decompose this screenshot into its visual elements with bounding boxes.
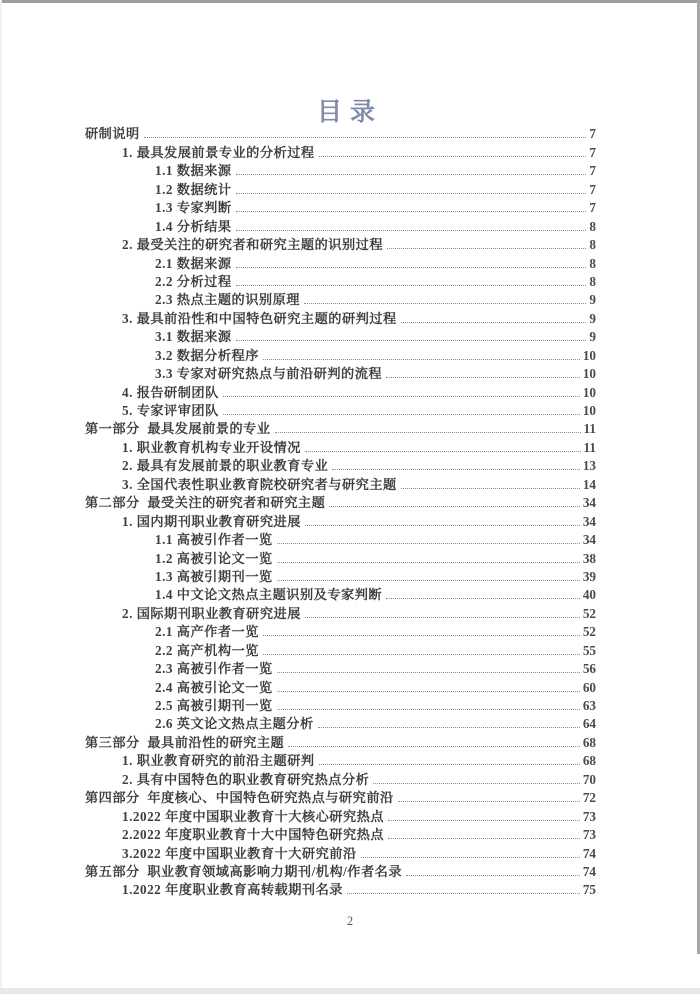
toc-entry-page-number: 10 bbox=[583, 366, 596, 382]
toc-entry-label: 1.2022 年度职业教育高转载期刊名录 bbox=[85, 879, 343, 898]
toc-entry: 2.1 高产作者一览52 bbox=[85, 622, 596, 640]
toc-entry-page-number: 14 bbox=[583, 477, 596, 493]
toc-entry: 3.2022 年度中国职业教育十大研究前沿74 bbox=[85, 843, 596, 861]
toc-dot-leader bbox=[305, 525, 580, 526]
toc-entry-page-number: 9 bbox=[589, 292, 596, 308]
toc-entry-label: 3.2022 年度中国职业教育十大研究前沿 bbox=[85, 843, 357, 862]
scan-edge-bottom bbox=[0, 988, 700, 994]
toc-dot-leader bbox=[318, 727, 580, 728]
toc-entry-page-number: 8 bbox=[589, 274, 596, 290]
toc-entry-page-number: 11 bbox=[584, 421, 596, 437]
toc-entry: 3. 最具前沿性和中国特色研究主题的研判过程9 bbox=[85, 308, 596, 326]
toc-entry-page-number: 7 bbox=[589, 126, 596, 142]
toc-entry-page-number: 56 bbox=[583, 661, 596, 677]
toc-entry-page-number: 64 bbox=[583, 716, 596, 732]
toc-entry: 1.3 高被引期刊一览39 bbox=[85, 567, 596, 585]
toc-dot-leader bbox=[319, 764, 580, 765]
toc-entry-page-number: 60 bbox=[583, 680, 596, 696]
toc-entry-label: 2. 国际期刊职业教育研究进展 bbox=[85, 603, 301, 622]
toc-entry-label: 1.2 数据统计 bbox=[85, 179, 232, 198]
toc-dot-leader bbox=[304, 303, 586, 304]
toc-dot-leader bbox=[236, 174, 587, 175]
toc-entry-label: 1.2022 年度中国职业教育十大核心研究热点 bbox=[85, 806, 384, 825]
toc-entry-page-number: 34 bbox=[583, 514, 596, 530]
toc-entry-page-number: 34 bbox=[583, 532, 596, 548]
toc-entry-label: 2.3 高被引作者一览 bbox=[85, 658, 273, 677]
toc-entry: 2. 具有中国特色的职业教育研究热点分析70 bbox=[85, 769, 596, 787]
toc-entry: 第一部分 最具发展前景的专业11 bbox=[85, 419, 596, 437]
toc-dot-leader bbox=[236, 267, 587, 268]
toc-dot-leader bbox=[398, 801, 580, 802]
toc-entry-page-number: 40 bbox=[583, 587, 596, 603]
toc-dot-leader bbox=[223, 396, 580, 397]
toc-dot-leader bbox=[277, 709, 580, 710]
toc-entry: 3.1 数据来源9 bbox=[85, 327, 596, 345]
scan-edge-top bbox=[0, 0, 700, 3]
toc-entry-page-number: 52 bbox=[583, 624, 596, 640]
toc-dot-leader bbox=[401, 322, 587, 323]
toc-entry: 2.4 高被引论文一览60 bbox=[85, 677, 596, 695]
document-page: 目录 研制说明71. 最具发展前景专业的分析过程71.1 数据来源71.2 数据… bbox=[0, 0, 700, 994]
toc-entry: 1.2022 年度中国职业教育十大核心研究热点73 bbox=[85, 806, 596, 824]
toc-entry-page-number: 74 bbox=[583, 846, 596, 862]
toc-dot-leader bbox=[319, 156, 587, 157]
toc-entry-label: 1.4 分析结果 bbox=[85, 216, 232, 235]
toc-entry-label: 2.1 高产作者一览 bbox=[85, 621, 259, 640]
toc-dot-leader bbox=[401, 488, 580, 489]
toc-entry-label: 2.1 数据来源 bbox=[85, 253, 232, 272]
toc-dot-leader bbox=[236, 340, 587, 341]
toc-entry-page-number: 55 bbox=[583, 643, 596, 659]
toc-entry-page-number: 34 bbox=[583, 495, 596, 511]
toc-entry: 1. 职业教育研究的前沿主题研判68 bbox=[85, 751, 596, 769]
toc-entry: 2.5 高被引期刊一览63 bbox=[85, 696, 596, 714]
toc-entry: 研制说明7 bbox=[85, 124, 596, 142]
toc-entry-page-number: 75 bbox=[583, 882, 596, 898]
toc-entry-page-number: 38 bbox=[583, 551, 596, 567]
toc-entry-page-number: 13 bbox=[583, 458, 596, 474]
toc-entry: 1.4 分析结果8 bbox=[85, 216, 596, 234]
toc-entry-label: 2.2022 年度职业教育十大中国特色研究热点 bbox=[85, 824, 384, 843]
toc-entry: 2.3 高被引作者一览56 bbox=[85, 659, 596, 677]
toc-entry: 4. 报告研制团队10 bbox=[85, 382, 596, 400]
toc-entry: 第二部分 最受关注的研究者和研究主题34 bbox=[85, 493, 596, 511]
toc-entry: 第四部分 年度核心、中国特色研究热点与研究前沿72 bbox=[85, 788, 596, 806]
toc-entry-page-number: 68 bbox=[583, 753, 596, 769]
toc-dot-leader bbox=[275, 432, 581, 433]
toc-entry-label: 2. 具有中国特色的职业教育研究热点分析 bbox=[85, 769, 369, 788]
toc-dot-leader bbox=[236, 211, 587, 212]
toc-dot-leader bbox=[387, 248, 586, 249]
toc-entry-label: 3.3 专家对研究热点与前沿研判的流程 bbox=[85, 363, 382, 382]
scan-edge-left bbox=[0, 0, 2, 994]
toc-dot-leader bbox=[388, 838, 580, 839]
toc-entry-label: 1.4 中文论文热点主题识别及专家判断 bbox=[85, 584, 382, 603]
page-number: 2 bbox=[0, 914, 700, 929]
toc-dot-leader bbox=[236, 193, 587, 194]
toc-entry-label: 2.5 高被引期刊一览 bbox=[85, 695, 273, 714]
toc-dot-leader bbox=[361, 857, 580, 858]
toc-dot-leader bbox=[277, 672, 580, 673]
toc-dot-leader bbox=[329, 506, 580, 507]
toc-entry-label: 第一部分 最具发展前景的专业 bbox=[85, 418, 271, 437]
toc-entry-page-number: 72 bbox=[583, 790, 596, 806]
toc-entry-page-number: 9 bbox=[589, 329, 596, 345]
toc-entry-label: 第四部分 年度核心、中国特色研究热点与研究前沿 bbox=[85, 787, 394, 806]
toc-entry-label: 5. 专家评审团队 bbox=[85, 400, 219, 419]
toc-entry-page-number: 9 bbox=[589, 311, 596, 327]
toc-entry-page-number: 63 bbox=[583, 698, 596, 714]
toc-entry: 2.1 数据来源8 bbox=[85, 253, 596, 271]
toc-entry-page-number: 68 bbox=[583, 735, 596, 751]
toc-entry-page-number: 10 bbox=[583, 385, 596, 401]
toc-entry-label: 1. 职业教育研究的前沿主题研判 bbox=[85, 750, 315, 769]
toc-list: 研制说明71. 最具发展前景专业的分析过程71.1 数据来源71.2 数据统计7… bbox=[85, 124, 596, 898]
toc-dot-leader bbox=[263, 359, 580, 360]
toc-entry: 3.3 专家对研究热点与前沿研判的流程10 bbox=[85, 364, 596, 382]
toc-entry-page-number: 74 bbox=[583, 864, 596, 880]
toc-entry: 1.1 数据来源7 bbox=[85, 161, 596, 179]
toc-entry: 5. 专家评审团队10 bbox=[85, 401, 596, 419]
toc-entry-page-number: 11 bbox=[584, 440, 596, 456]
toc-entry: 第三部分 最具前沿性的研究主题68 bbox=[85, 732, 596, 750]
toc-entry: 1.3 专家判断7 bbox=[85, 198, 596, 216]
toc-entry-page-number: 8 bbox=[589, 219, 596, 235]
toc-entry-label: 2.3 热点主题的识别原理 bbox=[85, 289, 300, 308]
toc-dot-leader bbox=[386, 377, 580, 378]
toc-entry-label: 第五部分 职业教育领域高影响力期刊/机构/作者名录 bbox=[85, 861, 402, 880]
toc-entry-page-number: 10 bbox=[583, 348, 596, 364]
toc-entry-page-number: 73 bbox=[583, 827, 596, 843]
toc-dot-leader bbox=[277, 543, 580, 544]
toc-entry: 2.2 高产机构一览55 bbox=[85, 640, 596, 658]
toc-entry-label: 1.1 数据来源 bbox=[85, 160, 232, 179]
toc-entry-label: 1. 职业教育机构专业开设情况 bbox=[85, 437, 301, 456]
toc-dot-leader bbox=[305, 451, 581, 452]
toc-entry: 1.2022 年度职业教育高转载期刊名录75 bbox=[85, 880, 596, 898]
toc-entry-page-number: 7 bbox=[589, 163, 596, 179]
toc-entry-label: 1.1 高被引作者一览 bbox=[85, 529, 273, 548]
toc-entry-label: 1.3 专家判断 bbox=[85, 197, 232, 216]
toc-dot-leader bbox=[288, 746, 580, 747]
toc-dot-leader bbox=[277, 691, 580, 692]
toc-dot-leader bbox=[236, 285, 587, 286]
toc-entry-page-number: 7 bbox=[589, 200, 596, 216]
toc-entry-label: 第三部分 最具前沿性的研究主题 bbox=[85, 732, 284, 751]
toc-entry: 1.2 高被引论文一览38 bbox=[85, 548, 596, 566]
toc-dot-leader bbox=[386, 598, 580, 599]
toc-entry: 2. 国际期刊职业教育研究进展52 bbox=[85, 603, 596, 621]
toc-entry-page-number: 10 bbox=[583, 403, 596, 419]
toc-entry-label: 2.2 高产机构一览 bbox=[85, 640, 259, 659]
toc-entry-label: 2. 最受关注的研究者和研究主题的识别过程 bbox=[85, 234, 383, 253]
toc-entry-label: 1.3 高被引期刊一览 bbox=[85, 566, 273, 585]
toc-entry-label: 2.4 高被引论文一览 bbox=[85, 677, 273, 696]
toc-entry-page-number: 39 bbox=[583, 569, 596, 585]
toc-entry-label: 1. 国内期刊职业教育研究进展 bbox=[85, 511, 301, 530]
toc-entry-label: 第二部分 最受关注的研究者和研究主题 bbox=[85, 492, 325, 511]
toc-dot-leader bbox=[236, 230, 587, 231]
toc-dot-leader bbox=[332, 469, 580, 470]
toc-entry-page-number: 52 bbox=[583, 606, 596, 622]
toc-entry: 2.2 分析过程8 bbox=[85, 272, 596, 290]
toc-entry-label: 3.2 数据分析程序 bbox=[85, 345, 259, 364]
toc-entry-page-number: 7 bbox=[589, 182, 596, 198]
toc-dot-leader bbox=[223, 414, 580, 415]
toc-entry-page-number: 7 bbox=[589, 145, 596, 161]
toc-dot-leader bbox=[388, 820, 580, 821]
toc-entry: 1. 最具发展前景专业的分析过程7 bbox=[85, 142, 596, 160]
toc-entry: 3. 全国代表性职业教育院校研究者与研究主题14 bbox=[85, 474, 596, 492]
toc-entry-label: 1.2 高被引论文一览 bbox=[85, 548, 273, 567]
toc-entry: 1. 职业教育机构专业开设情况11 bbox=[85, 437, 596, 455]
toc-dot-leader bbox=[144, 137, 587, 138]
toc-entry: 第五部分 职业教育领域高影响力期刊/机构/作者名录74 bbox=[85, 862, 596, 880]
toc-entry-label: 2.2 分析过程 bbox=[85, 271, 232, 290]
toc-entry-label: 4. 报告研制团队 bbox=[85, 382, 219, 401]
toc-dot-leader bbox=[277, 580, 580, 581]
toc-entry-label: 1. 最具发展前景专业的分析过程 bbox=[85, 142, 315, 161]
toc-entry: 2. 最受关注的研究者和研究主题的识别过程8 bbox=[85, 235, 596, 253]
toc-dot-leader bbox=[305, 617, 580, 618]
toc-entry-label: 研制说明 bbox=[85, 123, 140, 142]
toc-entry-page-number: 73 bbox=[583, 809, 596, 825]
toc-entry-label: 2.6 英文论文热点主题分析 bbox=[85, 713, 314, 732]
toc-entry-page-number: 70 bbox=[583, 772, 596, 788]
toc-entry-label: 2. 最具有发展前景的职业教育专业 bbox=[85, 455, 328, 474]
toc-entry-label: 3. 全国代表性职业教育院校研究者与研究主题 bbox=[85, 474, 397, 493]
toc-entry: 2.2022 年度职业教育十大中国特色研究热点73 bbox=[85, 825, 596, 843]
toc-entry-page-number: 8 bbox=[589, 237, 596, 253]
toc-entry-label: 3. 最具前沿性和中国特色研究主题的研判过程 bbox=[85, 308, 397, 327]
toc-entry: 1. 国内期刊职业教育研究进展34 bbox=[85, 511, 596, 529]
toc-entry: 1.1 高被引作者一览34 bbox=[85, 530, 596, 548]
toc-dot-leader bbox=[263, 654, 580, 655]
toc-dot-leader bbox=[277, 562, 580, 563]
toc-dot-leader bbox=[347, 893, 580, 894]
toc-dot-leader bbox=[263, 635, 580, 636]
toc-entry-page-number: 8 bbox=[589, 256, 596, 272]
toc-entry: 2. 最具有发展前景的职业教育专业13 bbox=[85, 456, 596, 474]
toc-dot-leader bbox=[406, 875, 580, 876]
toc-entry-label: 3.1 数据来源 bbox=[85, 326, 232, 345]
toc-dot-leader bbox=[373, 783, 579, 784]
toc-entry: 3.2 数据分析程序10 bbox=[85, 345, 596, 363]
toc-entry: 2.6 英文论文热点主题分析64 bbox=[85, 714, 596, 732]
toc-entry: 2.3 热点主题的识别原理9 bbox=[85, 290, 596, 308]
toc-entry: 1.4 中文论文热点主题识别及专家判断40 bbox=[85, 585, 596, 603]
toc-entry: 1.2 数据统计7 bbox=[85, 179, 596, 197]
